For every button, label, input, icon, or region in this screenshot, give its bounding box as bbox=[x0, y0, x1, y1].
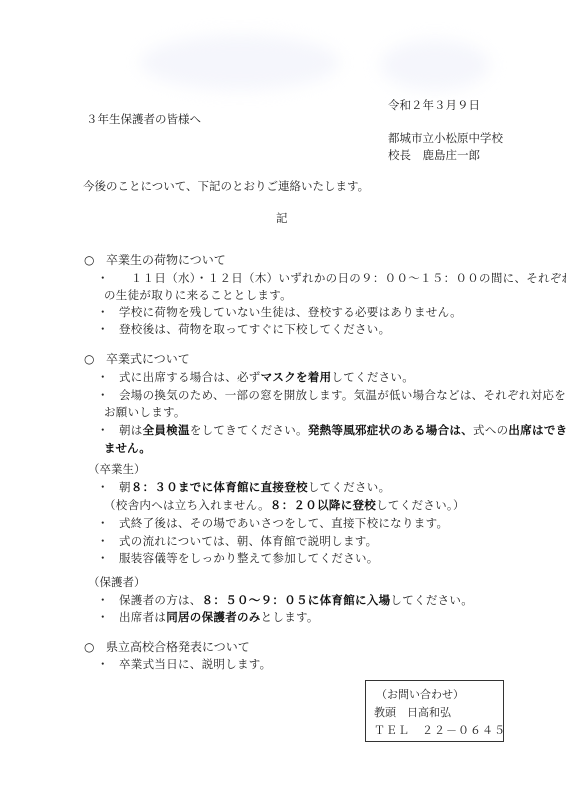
item-text: 式の流れについては、朝、体育館で説明します。 bbox=[119, 534, 377, 548]
list-item: ・ １１日（水）・１２日（木）いずれかの日の９：００～１５：００の間に、それぞれ bbox=[97, 270, 566, 286]
contact-title: （お問い合わせ） bbox=[376, 686, 464, 702]
item-text: 出席者は bbox=[119, 610, 166, 624]
bullet-icon: ・ bbox=[97, 321, 119, 337]
emphasis-mask: マスクを着用 bbox=[261, 370, 332, 384]
school-name: 都城市立小松原中学校 bbox=[388, 130, 503, 146]
list-item-continuation: お願いします。 bbox=[104, 404, 186, 420]
item-text: してください。 bbox=[308, 480, 391, 494]
subheading-guardians: （保護者） bbox=[88, 574, 146, 590]
list-item: ・保護者の方は、８：５０～９：０５に体育館に入場してください。 bbox=[97, 592, 473, 608]
item-text: 服装容儀等をしっかり整えて参加してください。 bbox=[119, 551, 379, 565]
item-text: 朝 bbox=[119, 480, 131, 494]
list-item: ・式に出席する場合は、必ずマスクを着用してください。 bbox=[97, 369, 414, 385]
section-heading-luggage: ○卒業生の荷物について bbox=[84, 251, 226, 268]
item-text: 朝は bbox=[119, 423, 143, 437]
emphasis-attendance: 出席はでき bbox=[508, 423, 566, 437]
bullet-icon: ・ bbox=[97, 533, 119, 549]
circle-mark: ○ bbox=[84, 352, 106, 366]
item-text: １１日（水）・１２日（木）いずれかの日の９：００～１５：００の間に、それぞれ bbox=[119, 271, 566, 285]
item-text: とします。 bbox=[261, 610, 319, 624]
item-text: 式終了後は、その場であいさつをして、直接下校になります。 bbox=[119, 516, 448, 530]
bullet-icon: ・ bbox=[97, 592, 119, 608]
bullet-icon: ・ bbox=[97, 479, 119, 495]
document-date: 令和２年３月９日 bbox=[388, 97, 480, 113]
list-item: ・学校に荷物を残していない生徒は、登校する必要はありません。 bbox=[97, 304, 462, 320]
contact-person: 教頭 日高和弘 bbox=[374, 704, 451, 720]
list-item: ・卒業式当日に、説明します。 bbox=[97, 656, 271, 672]
section-heading-exam-results: ○県立高校合格発表について bbox=[84, 638, 250, 655]
list-item: ・式の流れについては、朝、体育館で説明します。 bbox=[97, 533, 377, 549]
contact-box: （お問い合わせ） 教頭 日高和弘 ＴＥＬ ２２－０６４５ bbox=[365, 680, 504, 742]
section-heading-ceremony: ○卒業式について bbox=[84, 350, 190, 367]
bullet-icon: ・ bbox=[97, 656, 119, 672]
emphasis-arrival: ８：３０までに体育館に直接登校 bbox=[131, 480, 308, 494]
list-item: ・服装容儀等をしっかり整えて参加してください。 bbox=[97, 550, 379, 566]
bullet-icon: ・ bbox=[97, 304, 119, 320]
emphasis-temperature: 全員検温 bbox=[143, 423, 190, 437]
recipient-line: ３年生保護者の皆様へ bbox=[86, 111, 201, 127]
item-text: をしてきてください。 bbox=[190, 423, 308, 437]
item-text: 会場の換気のため、一部の窓を開放します。気温が低い場合などは、それぞれ対応を bbox=[119, 388, 566, 402]
list-item: ・登校後は、荷物を取ってすぐに下校してください。 bbox=[97, 321, 390, 337]
circle-mark: ○ bbox=[84, 640, 106, 654]
list-item: ・朝８：３０までに体育館に直接登校してください。 bbox=[97, 479, 390, 495]
list-item-continuation: ません。 bbox=[104, 440, 151, 456]
item-text: してください。 bbox=[390, 593, 473, 607]
section-title: 卒業生の荷物について bbox=[106, 253, 226, 267]
list-item: ・式終了後は、その場であいさつをして、直接下校になります。 bbox=[97, 515, 448, 531]
emphasis-entry-time: ８：５０～９：０５に体育館に入場 bbox=[202, 593, 391, 607]
bullet-icon: ・ bbox=[97, 387, 119, 403]
item-text: 式への bbox=[473, 423, 508, 437]
bullet-icon: ・ bbox=[97, 270, 119, 286]
item-text: してください。） bbox=[376, 498, 465, 512]
list-item-continuation: の生徒が取りに来ることとします。 bbox=[104, 287, 292, 303]
item-text: 学校に荷物を残していない生徒は、登校する必要はありません。 bbox=[119, 305, 462, 319]
scan-smudge bbox=[140, 35, 340, 90]
bullet-icon: ・ bbox=[97, 369, 119, 385]
item-text: 式に出席する場合は、必ず bbox=[119, 370, 261, 384]
item-text: 卒業式当日に、説明します。 bbox=[119, 657, 271, 671]
subheading-graduates: （卒業生） bbox=[88, 461, 146, 477]
item-text: してください。 bbox=[331, 370, 414, 384]
item-text: 登校後は、荷物を取ってすぐに下校してください。 bbox=[119, 322, 390, 336]
emphasis-arrival-time: ８：２０以降に登校 bbox=[270, 498, 376, 512]
scan-smudge bbox=[380, 40, 490, 90]
list-item: ・出席者は同居の保護者のみとします。 bbox=[97, 609, 319, 625]
item-text: （校舎内へは立ち入れません。 bbox=[104, 498, 270, 512]
list-item: ・会場の換気のため、一部の窓を開放します。気温が低い場合などは、それぞれ対応を bbox=[97, 387, 566, 403]
bullet-icon: ・ bbox=[97, 515, 119, 531]
section-title: 県立高校合格発表について bbox=[106, 640, 250, 654]
emphasis-fever: 発熱等風邪症状のある場合は、 bbox=[308, 423, 473, 437]
circle-mark: ○ bbox=[84, 253, 106, 267]
bullet-icon: ・ bbox=[97, 609, 119, 625]
contact-phone: ＴＥＬ ２２－０６４５ bbox=[374, 722, 506, 738]
bullet-icon: ・ bbox=[97, 550, 119, 566]
principal-name: 校長 鹿島庄一郎 bbox=[388, 147, 480, 163]
intro-text: 今後のことについて、下記のとおりご連絡いたします。 bbox=[83, 178, 369, 194]
section-title: 卒業式について bbox=[106, 352, 190, 366]
list-item: ・朝は全員検温をしてきてください。発熱等風邪症状のある場合は、式への出席はでき bbox=[97, 422, 566, 438]
list-item-note: （校舎内へは立ち入れません。８：２０以降に登校してください。） bbox=[104, 497, 465, 513]
emphasis-household: 同居の保護者のみ bbox=[166, 610, 260, 624]
bullet-icon: ・ bbox=[97, 422, 119, 438]
ki-heading: 記 bbox=[276, 210, 288, 226]
item-text: 保護者の方は、 bbox=[119, 593, 202, 607]
